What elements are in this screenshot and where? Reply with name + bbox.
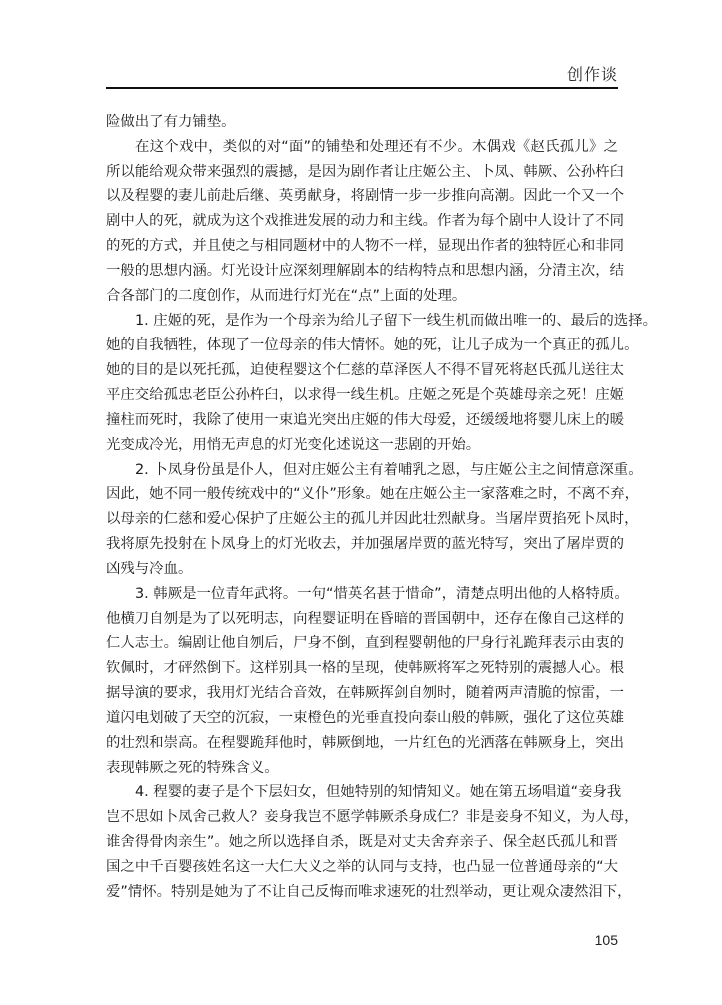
text-line: 3. 韩厥是一位青年武将。一句“惜英名甚于惜命”，清楚点明出他的人格特质。: [106, 582, 618, 607]
text-line: 因此，她不同一般传统戏中的“义仆”形象。她在庄姬公主一家落难之时，不离不弃，: [106, 482, 618, 507]
text-line: 所以能给观众带来强烈的震撼，是因为剧作者让庄姬公主、卜凤、韩厥、公孙杵臼: [106, 160, 618, 185]
text-line: 2. 卜凤身份虽是仆人，但对庄姬公主有着哺乳之恩，与庄姬公主之间情意深重。: [106, 458, 618, 483]
page-number: 105: [560, 930, 618, 950]
body-text: 险做出了有力铺垫。 在这个戏中，类似的对“面”的铺垫和处理还有不少。木偶戏《赵氏…: [106, 110, 618, 905]
text-line: 仁人志士。编剧让他自刎后，尸身不倒，直到程婴朝他的尸身行礼跪拜表示由衷的: [106, 631, 618, 656]
text-line: 表现韩厥之死的特殊含义。: [106, 756, 618, 781]
running-head: 创作谈: [106, 64, 618, 86]
text-line: 凶残与冷血。: [106, 557, 618, 582]
text-line: 她的自我牺牲，体现了一位母亲的伟大情怀。她的死，让儿子成为一个真正的孤儿。: [106, 333, 618, 358]
text-line: 以母亲的仁慈和爱心保护了庄姬公主的孤儿并因此壮烈献身。当屠岸贾掐死卜凤时，: [106, 507, 618, 532]
text-line: 险做出了有力铺垫。: [106, 110, 618, 135]
text-line: 的死的方式，并且使之与相同题材中的人物不一样，显现出作者的独特匠心和非同: [106, 234, 618, 259]
text-line: 1. 庄姬的死，是作为一个母亲为给儿子留下一线生机而做出唯一的、最后的选择。: [106, 309, 618, 334]
text-line: 剧中人的死，就成为这个戏推进发展的动力和主线。作者为每个剧中人设计了不同: [106, 209, 618, 234]
text-line: 撞柱而死时，我除了使用一束追光突出庄姬的伟大母爱，还缓缓地将婴儿床上的暖: [106, 408, 618, 433]
text-line: 谁舍得骨肉亲生”。她之所以选择自杀，既是对丈夫舍弃亲子、保全赵氏孤儿和晋: [106, 830, 618, 855]
text-line: 以及程婴的妻儿前赴后继、英勇献身，将剧情一步一步推向高潮。因此一个又一个: [106, 184, 618, 209]
header-rule-divider: [106, 87, 618, 89]
text-line: 在这个戏中，类似的对“面”的铺垫和处理还有不少。木偶戏《赵氏孤儿》之: [106, 135, 618, 160]
text-line: 一般的思想内涵。灯光设计应深刻理解剧本的结构特点和思想内涵，分清主次，结: [106, 259, 618, 284]
text-line: 国之中千百婴孩姓名这一大仁大义之举的认同与支持，也凸显一位普通母亲的“大: [106, 855, 618, 880]
text-line: 光变成冷光，用悄无声息的灯光变化述说这一悲剧的开始。: [106, 433, 618, 458]
text-line: 4. 程婴的妻子是个下层妇女，但她特别的知情知义。她在第五场唱道“妾身我: [106, 780, 618, 805]
text-line: 据导演的要求，我用灯光结合音效，在韩厥挥剑自刎时，随着两声清脆的惊雷，一: [106, 681, 618, 706]
text-line: 道闪电划破了天空的沉寂，一束橙色的光垂直投向泰山般的韩厥，强化了这位英雄: [106, 706, 618, 731]
document-page: 创作谈 险做出了有力铺垫。 在这个戏中，类似的对“面”的铺垫和处理还有不少。木偶…: [0, 0, 722, 1005]
text-line: 的壮烈和崇高。在程婴跪拜他时，韩厥倒地，一片红色的光洒落在韩厥身上，突出: [106, 731, 618, 756]
text-line: 我将原先投射在卜凤身上的灯光收去，并加强屠岸贾的蓝光特写，突出了屠岸贾的: [106, 532, 618, 557]
text-line: 平庄交给孤忠老臣公孙杵臼，以求得一线生机。庄姬之死是个英雄母亲之死！庄姬: [106, 383, 618, 408]
text-line: 合各部门的二度创作，从而进行灯光在“点”上面的处理。: [106, 284, 618, 309]
text-line: 钦佩时，才砰然倒下。这样别具一格的呈现，使韩厥将军之死特别的震撼人心。根: [106, 656, 618, 681]
text-line: 他横刀自刎是为了以死明志，向程婴证明在昏暗的晋国朝中，还存在像自己这样的: [106, 607, 618, 632]
text-line: 岂不思如卜凤舍己救人？妾身我岂不愿学韩厥杀身成仁？非是妾身不知义，为人母，: [106, 805, 618, 830]
text-line: 她的目的是以死托孤，迫使程婴这个仁慈的草泽医人不得不冒死将赵氏孤儿送往太: [106, 358, 618, 383]
text-line: 爱”情怀。特别是她为了不让自己反悔而唯求速死的壮烈举动，更让观众凄然泪下，: [106, 880, 618, 905]
